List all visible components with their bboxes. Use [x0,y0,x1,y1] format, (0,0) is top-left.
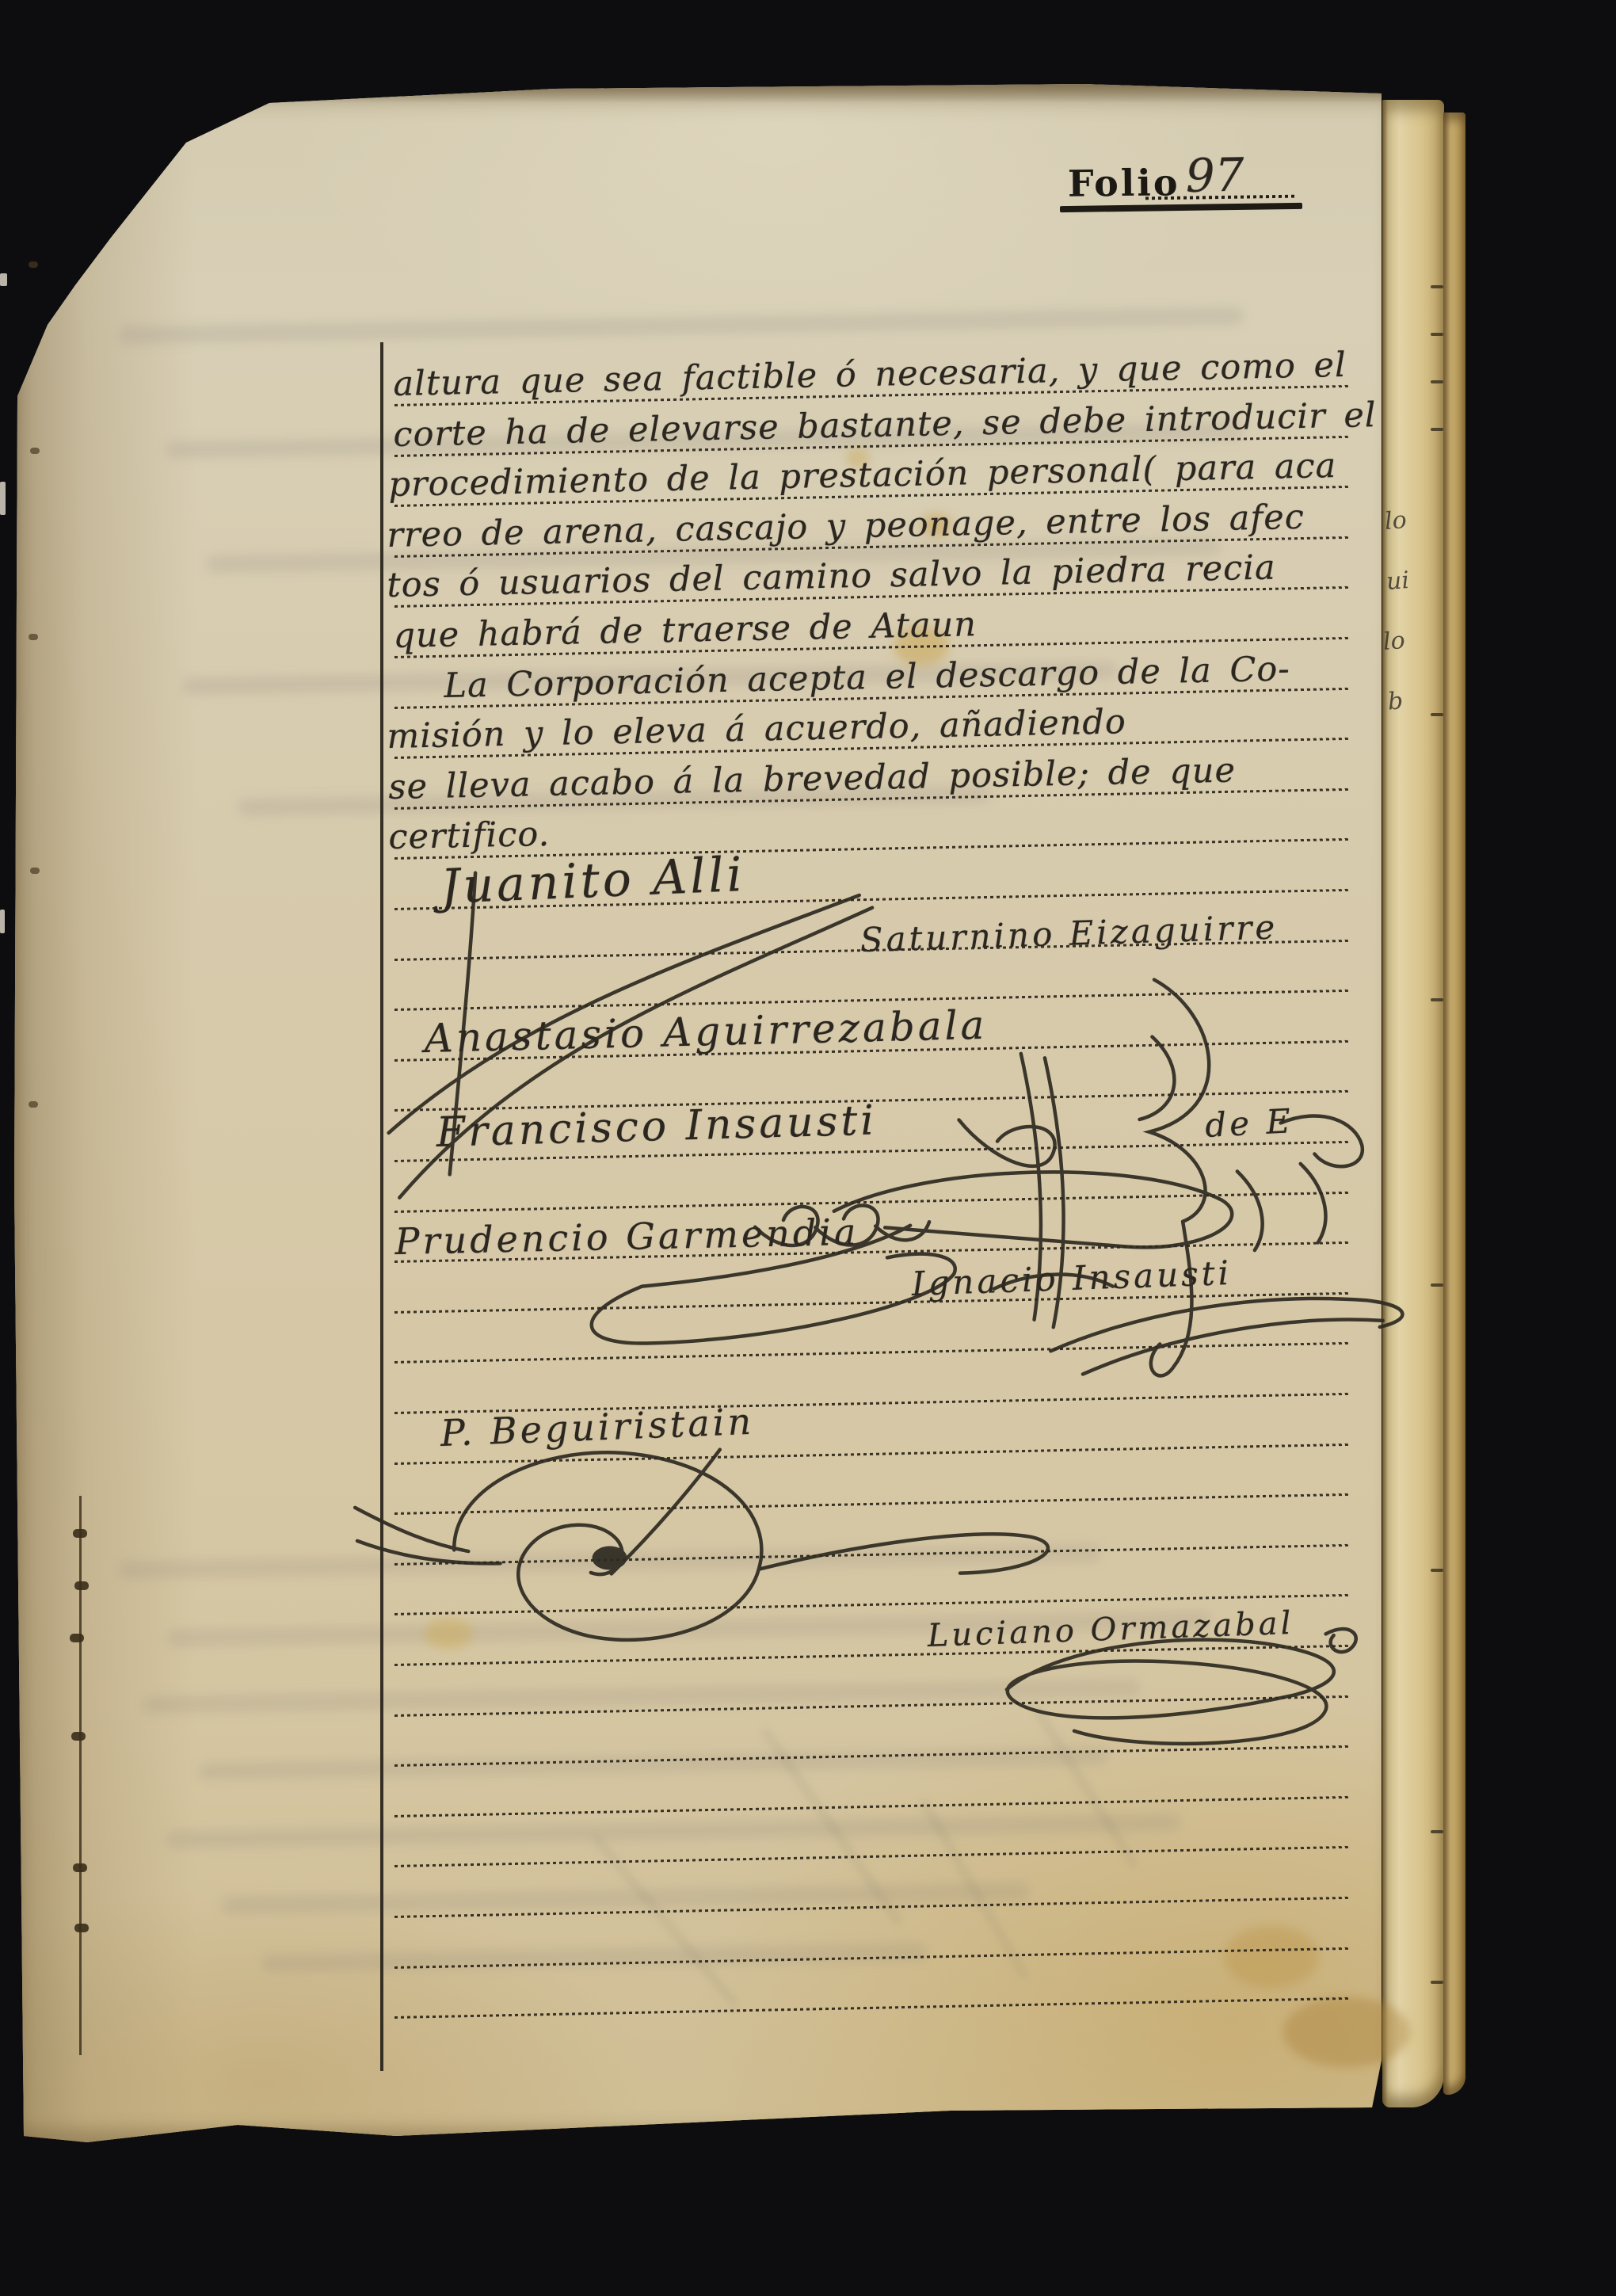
body-line: certifico. [388,814,551,857]
fore-edge-tick [1431,713,1443,716]
edge-fragment: b [1387,687,1404,715]
fore-edge-tick [1431,1981,1443,1984]
rule-line [394,1997,1349,2019]
stitch-knot [71,1732,86,1741]
signature-annotation: de E [1204,1101,1294,1145]
rule-line [394,1897,1349,1918]
stitch-mark [29,261,38,268]
stitch-mark [30,868,40,874]
fore-edge-tick [1431,333,1443,336]
stitch-mark [29,634,38,640]
scanned-manuscript: lo ui lo b Folio 97 altura que sea facti… [0,0,1616,2296]
stitch-knot [70,1634,84,1642]
stitch-knot [73,1529,87,1538]
page-edge-stack-2 [1443,113,1465,2095]
rule-line [394,1846,1349,1867]
edge-fragment: lo [1384,506,1408,536]
rule-line [394,1645,1349,1666]
rule-line [394,1544,1349,1566]
rule-line [394,1191,1349,1212]
edge-fragment: ui [1385,566,1410,596]
rule-line [394,1745,1349,1767]
fore-edge-tick [1431,1569,1443,1572]
binding-thread [79,1496,82,2055]
fore-edge-tick [1431,1283,1443,1287]
stitch-knot [74,1581,89,1590]
rule-line [394,1695,1349,1716]
rule-line [394,1947,1349,1968]
rule-line [394,1292,1349,1314]
stitch-mark [30,448,40,454]
rule-line [394,1796,1349,1817]
folio-number: 97 [1185,148,1244,203]
page-edge-stack-1 [1382,100,1444,2107]
margin-rule [380,342,383,2071]
stitch-mark [29,1101,38,1108]
stitch-knot [74,1924,89,1932]
facing-page-sliver [0,910,5,933]
fore-edge-tick [1431,998,1443,1001]
page-top-edge-shade [14,82,1396,103]
fore-edge-tick [1431,1830,1443,1833]
stitch-knot [73,1863,87,1872]
facing-page-sliver [0,482,6,515]
fore-edge-tick [1431,428,1443,431]
fore-edge-tick [1431,380,1443,383]
rule-line [394,1342,1349,1363]
fore-edge-tick [1431,285,1443,288]
rule-line [394,1493,1349,1515]
facing-page-sliver [0,273,7,286]
edge-fragment: lo [1382,627,1406,656]
